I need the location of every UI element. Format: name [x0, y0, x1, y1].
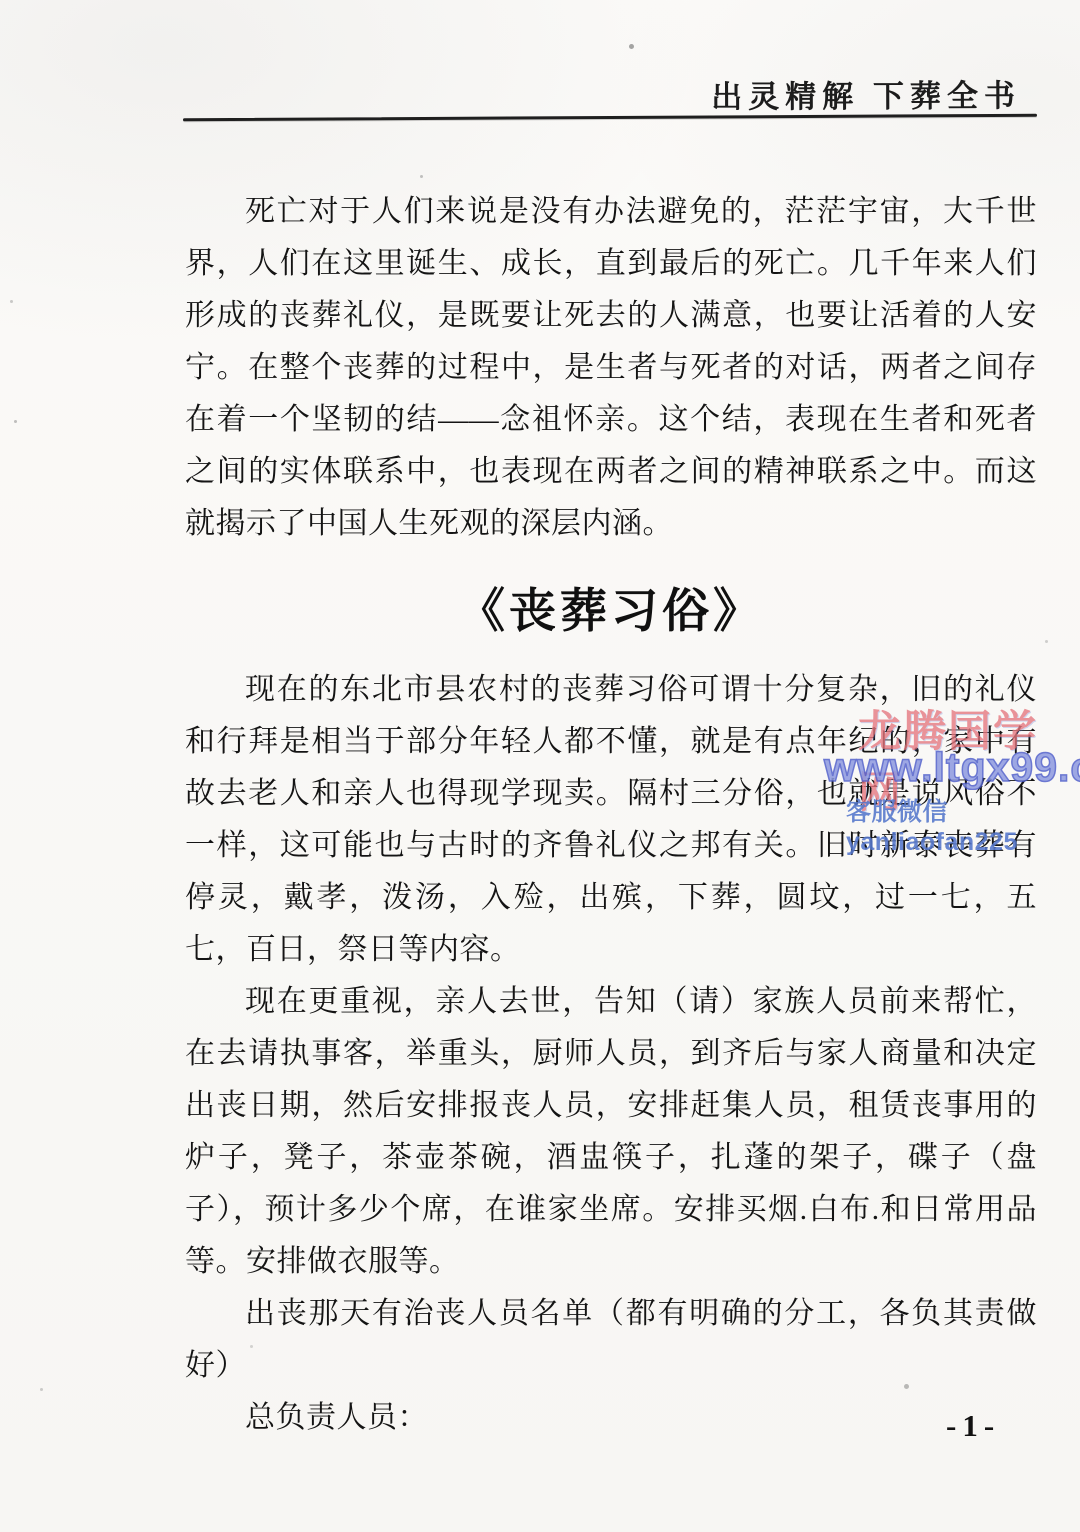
running-header: 出灵精解 下葬全书 [185, 70, 1035, 119]
paragraph-chief-label: 总负责人员： [185, 1392, 1037, 1444]
paragraph-arrangements: 现在更重视，亲人去世，告知（请）家族人员前来帮忙，在去请执事客，举重头，厨师人员… [185, 976, 1037, 1288]
scan-noise [0, 0, 3, 3]
paragraph-worklist: 出丧那天有治丧人员名单（都有明确的分工，各负其责做好） [185, 1288, 1037, 1392]
page-number: -1- [946, 1408, 1000, 1444]
paragraph-customs: 现在的东北市县农村的丧葬习俗可谓十分复杂，旧的礼仪和行拜是相当于部分年轻人都不懂… [185, 664, 1037, 976]
scanned-page: 出灵精解 下葬全书 死亡对于人们来说是没有办法避免的，茫茫宇宙，大千世界，人们在… [0, 0, 1080, 1532]
section-title: 《丧葬习俗》 [185, 586, 1037, 638]
page-body: 死亡对于人们来说是没有办法避免的，茫茫宇宙，大千世界，人们在这里诞生、成长，直到… [185, 186, 1037, 1444]
intro-paragraph: 死亡对于人们来说是没有办法避免的，茫茫宇宙，大千世界，人们在这里诞生、成长，直到… [185, 186, 1037, 550]
